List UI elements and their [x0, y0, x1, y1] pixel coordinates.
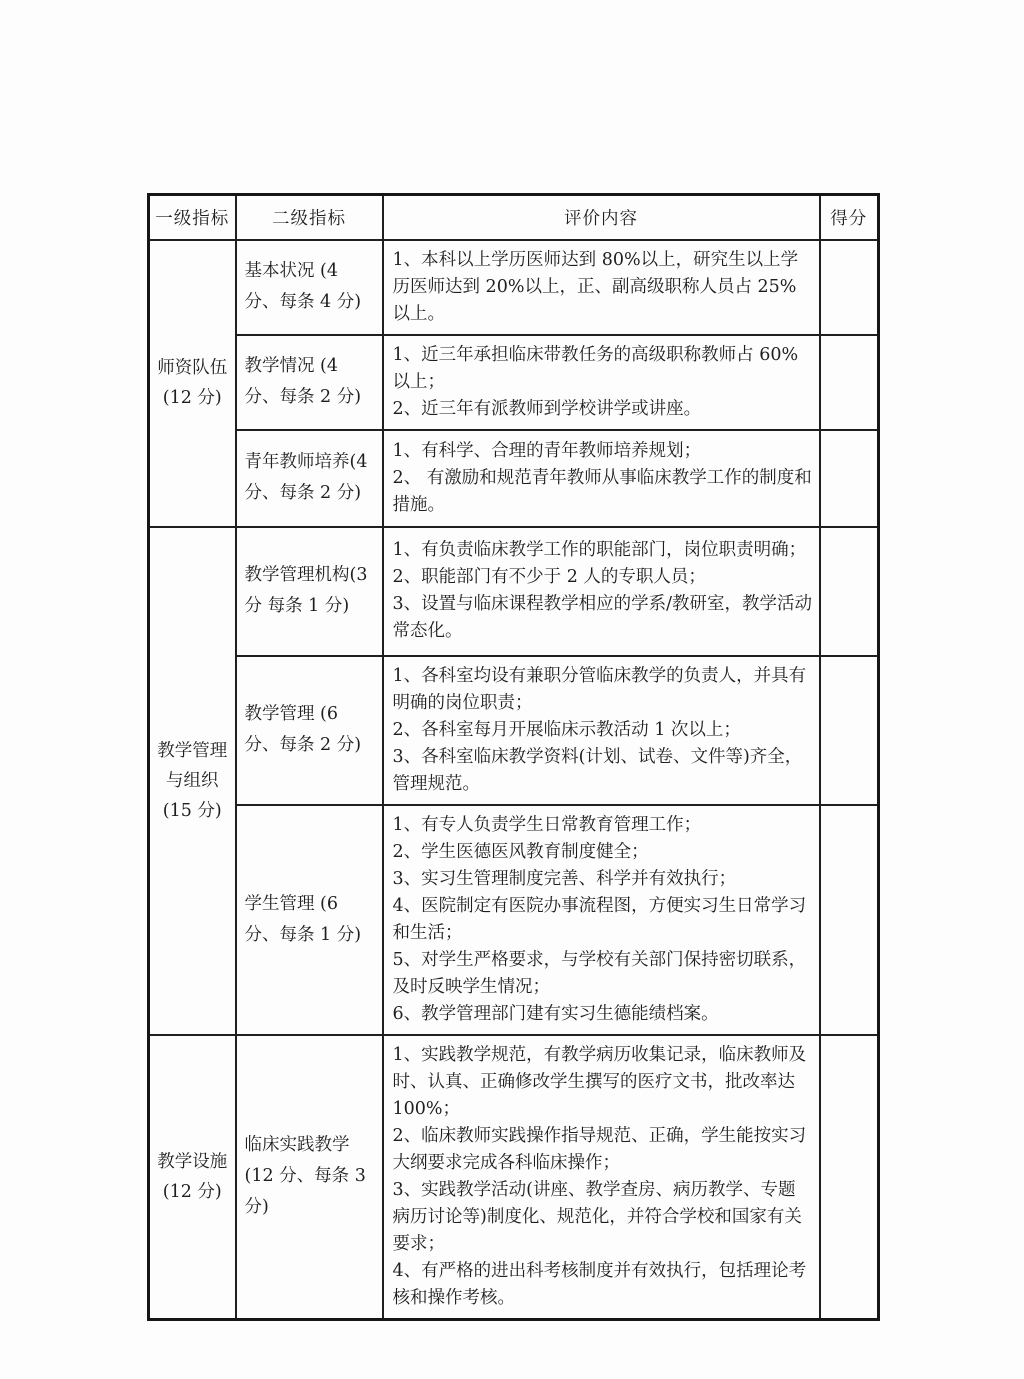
level1-name: 教学设施	[153, 1147, 232, 1177]
criteria-cell: 1、各科室均设有兼职分管临床教学的负责人，并具有明确的岗位职责； 2、各科室每月…	[383, 656, 820, 805]
table-row: 学生管理 (6 分、每条 1 分) 1、有专人负责学生日常教育管理工作； 2、学…	[149, 805, 879, 1035]
level2-cell-management-organ: 教学管理机构(3 分 每条 1 分)	[236, 527, 383, 656]
criteria-cell: 1、实践教学规范，有教学病历收集记录，临床教师及时、认真、正确修改学生撰写的医疗…	[383, 1035, 820, 1320]
criteria-item: 1、实践教学规范，有教学病历收集记录，临床教师及时、认真、正确修改学生撰写的医疗…	[393, 1042, 813, 1123]
level1-name: 教学管理与组织	[153, 736, 232, 796]
criteria-item: 4、医院制定有医院办事流程图，方便实习生日常学习和生活；	[393, 893, 813, 947]
level2-cell-student-management: 学生管理 (6 分、每条 1 分)	[236, 805, 383, 1035]
criteria-item: 1、有负责临床教学工作的职能部门，岗位职责明确；	[393, 537, 813, 564]
table-row: 青年教师培养(4 分、每条 2 分) 1、有科学、合理的青年教师培养规划； 2、…	[149, 430, 879, 527]
criteria-item: 2、各科室每月开展临床示教活动 1 次以上；	[393, 717, 813, 744]
level2-cell-basic-status: 基本状况 (4 分、每条 4 分)	[236, 240, 383, 335]
header-score: 得分	[820, 195, 879, 240]
criteria-cell: 1、本科以上学历医师达到 80%以上，研究生以上学历医师达到 20%以上，正、副…	[383, 240, 820, 335]
score-cell	[820, 527, 879, 656]
score-cell	[820, 805, 879, 1035]
score-cell	[820, 656, 879, 805]
criteria-item: 1、有专人负责学生日常教育管理工作；	[393, 812, 813, 839]
criteria-item: 3、实践教学活动(讲座、教学查房、病历教学、专题病历讨论等)制度化、规范化，并符…	[393, 1177, 813, 1258]
level2-cell-young-teacher-training: 青年教师培养(4 分、每条 2 分)	[236, 430, 383, 527]
criteria-cell: 1、近三年承担临床带教任务的高级职称教师占 60%以上； 2、近三年有派教师到学…	[383, 335, 820, 430]
header-evaluation-content: 评价内容	[383, 195, 820, 240]
criteria-item: 2、学生医德医风教育制度健全；	[393, 839, 813, 866]
score-cell	[820, 240, 879, 335]
criteria-item: 1、本科以上学历医师达到 80%以上，研究生以上学历医师达到 20%以上，正、副…	[393, 247, 813, 328]
criteria-item: 2、近三年有派教师到学校讲学或讲座。	[393, 396, 813, 423]
criteria-item: 2、职能部门有不少于 2 人的专职人员；	[393, 564, 813, 591]
table-row: 教学管理与组织 (15 分) 教学管理机构(3 分 每条 1 分) 1、有负责临…	[149, 527, 879, 656]
level1-points: (12 分)	[153, 1177, 232, 1207]
level2-cell-clinical-practice-teaching: 临床实践教学(12 分、每条 3 分)	[236, 1035, 383, 1320]
criteria-item: 1、各科室均设有兼职分管临床教学的负责人，并具有明确的岗位职责；	[393, 663, 813, 717]
score-cell	[820, 335, 879, 430]
criteria-item: 1、近三年承担临床带教任务的高级职称教师占 60%以上；	[393, 342, 813, 396]
score-cell	[820, 1035, 879, 1320]
level1-cell-faculty: 师资队伍 (12 分)	[149, 240, 236, 527]
table-row: 师资队伍 (12 分) 基本状况 (4 分、每条 4 分) 1、本科以上学历医师…	[149, 240, 879, 335]
header-level2-indicator: 二级指标	[236, 195, 383, 240]
criteria-cell: 1、有专人负责学生日常教育管理工作； 2、学生医德医风教育制度健全； 3、实习生…	[383, 805, 820, 1035]
level1-points: (15 分)	[153, 796, 232, 826]
criteria-item: 3、设置与临床课程教学相应的学系/教研室，教学活动常态化。	[393, 591, 813, 645]
criteria-cell: 1、有负责临床教学工作的职能部门，岗位职责明确； 2、职能部门有不少于 2 人的…	[383, 527, 820, 656]
level1-cell-facilities: 教学设施 (12 分)	[149, 1035, 236, 1320]
criteria-item: 4、有严格的进出科考核制度并有效执行，包括理论考核和操作考核。	[393, 1258, 813, 1312]
criteria-item: 5、对学生严格要求，与学校有关部门保持密切联系，及时反映学生情况；	[393, 947, 813, 1001]
level1-cell-management: 教学管理与组织 (15 分)	[149, 527, 236, 1035]
header-level1-indicator: 一级指标	[149, 195, 236, 240]
level1-points: (12 分)	[153, 383, 232, 413]
criteria-item: 3、实习生管理制度完善、科学并有效执行；	[393, 866, 813, 893]
criteria-item: 1、有科学、合理的青年教师培养规划；	[393, 438, 813, 465]
criteria-item: 2、临床教师实践操作指导规范、正确，学生能按实习大纲要求完成各科临床操作；	[393, 1123, 813, 1177]
table-row: 教学管理 (6 分、每条 2 分) 1、各科室均设有兼职分管临床教学的负责人，并…	[149, 656, 879, 805]
level2-cell-teaching-situation: 教学情况 (4 分、每条 2 分)	[236, 335, 383, 430]
level2-cell-teaching-management: 教学管理 (6 分、每条 2 分)	[236, 656, 383, 805]
evaluation-table: 一级指标 二级指标 评价内容 得分 师资队伍 (12 分) 基本状况 (4 分、…	[147, 193, 880, 1321]
criteria-cell: 1、有科学、合理的青年教师培养规划； 2、 有激励和规范青年教师从事临床教学工作…	[383, 430, 820, 527]
level1-name: 师资队伍	[153, 353, 232, 383]
table-row: 教学情况 (4 分、每条 2 分) 1、近三年承担临床带教任务的高级职称教师占 …	[149, 335, 879, 430]
criteria-item: 6、教学管理部门建有实习生德能绩档案。	[393, 1001, 813, 1028]
document-page: 一级指标 二级指标 评价内容 得分 师资队伍 (12 分) 基本状况 (4 分、…	[0, 0, 1024, 1379]
score-cell	[820, 430, 879, 527]
table-header-row: 一级指标 二级指标 评价内容 得分	[149, 195, 879, 240]
criteria-item: 3、各科室临床教学资料(计划、试卷、文件等)齐全，管理规范。	[393, 744, 813, 798]
table-row: 教学设施 (12 分) 临床实践教学(12 分、每条 3 分) 1、实践教学规范…	[149, 1035, 879, 1320]
criteria-item: 2、 有激励和规范青年教师从事临床教学工作的制度和措施。	[393, 465, 813, 519]
